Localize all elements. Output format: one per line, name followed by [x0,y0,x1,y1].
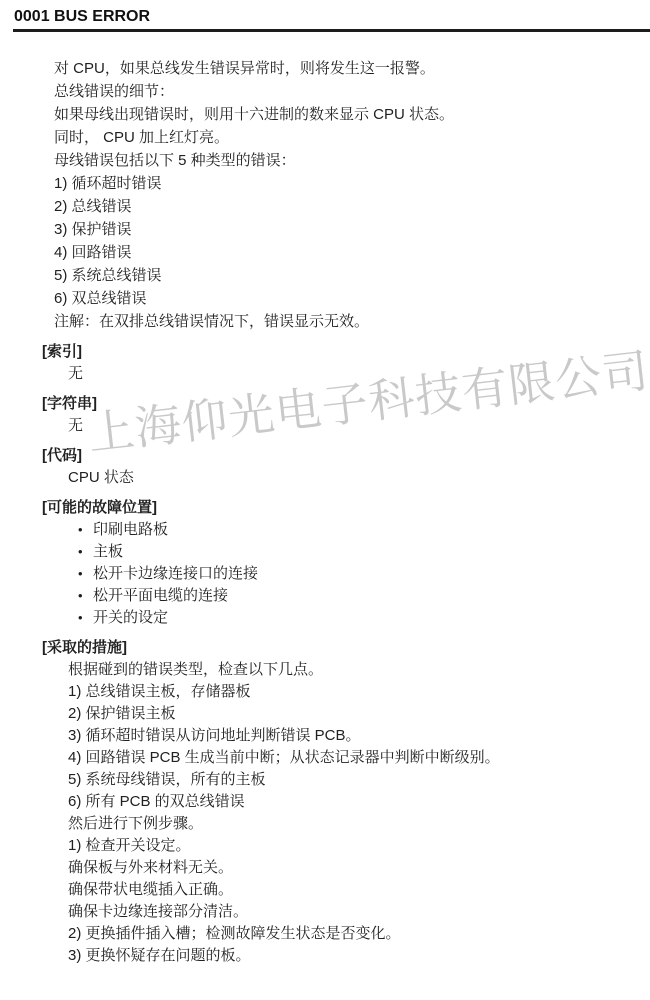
body-line: 2) 更换插件插入槽；检测故障发生状态是否变化。 [68,923,650,945]
body-line: 母线错误包括以下 5 种类型的错误： [54,149,650,172]
bullet-text: 松开卡边缘连接口的连接 [93,563,258,585]
bullet-icon: • [78,519,93,541]
document-body: 对 CPU，如果总线发生错误异常时，则将发生这一报警。 总线错误的细节： 如果母… [0,57,650,967]
body-line: CPU 状态 [68,467,650,489]
list-item: • 主板 [78,541,650,563]
page-title: 0001 BUS ERROR [14,8,650,26]
body-line: 3) 更换怀疑存在问题的板。 [68,945,650,967]
section-label-fault-locations: [可能的故障位置] [42,497,650,519]
body-line: 5) 系统母线错误，所有的主板 [68,769,650,791]
section-label-index: [索引] [42,341,650,363]
section-content-index: 无 [68,363,650,385]
body-line: 根据碰到的错误类型，检查以下几点。 [68,659,650,681]
page-header: 0001 BUS ERROR [0,0,650,26]
header-rule [13,29,650,32]
bullet-icon: • [78,541,93,563]
body-line: 然后进行下例步骤。 [68,813,650,835]
list-item: • 印刷电路板 [78,519,650,541]
body-line: 对 CPU，如果总线发生错误异常时，则将发生这一报警。 [54,57,650,80]
body-line: 4) 回路错误 [54,241,650,264]
body-line: 1) 总线错误主板，存储器板 [68,681,650,703]
list-item: • 松开卡边缘连接口的连接 [78,563,650,585]
bullet-text: 主板 [93,541,123,563]
body-line: 确保卡边缘连接部分清洁。 [68,901,650,923]
body-line: 1) 检查开关设定。 [68,835,650,857]
list-item: • 松开平面电缆的连接 [78,585,650,607]
body-line: 总线错误的细节： [54,80,650,103]
body-line: 无 [68,415,650,437]
list-item: • 开关的设定 [78,607,650,629]
bullet-icon: • [78,585,93,607]
body-line: 3) 保护错误 [54,218,650,241]
bullet-text: 开关的设定 [93,607,168,629]
bullet-text: 松开平面电缆的连接 [93,585,228,607]
body-line: 1) 循环超时错误 [54,172,650,195]
bullet-text: 印刷电路板 [93,519,168,541]
body-line: 同时， CPU 加上红灯亮。 [54,126,650,149]
section-content-string: 无 [68,415,650,437]
bullet-icon: • [78,607,93,629]
section-content-actions: 根据碰到的错误类型，检查以下几点。 1) 总线错误主板，存储器板 2) 保护错误… [68,659,650,967]
body-line: 5) 系统总线错误 [54,264,650,287]
body-line: 如果母线出现错误时，则用十六进制的数来显示 CPU 状态。 [54,103,650,126]
section-content-code: CPU 状态 [68,467,650,489]
body-line: 2) 总线错误 [54,195,650,218]
section-label-code: [代码] [42,445,650,467]
body-line: 注解：在双排总线错误情况下，错误显示无效。 [54,310,650,333]
body-line: 2) 保护错误主板 [68,703,650,725]
body-line: 无 [68,363,650,385]
bullet-icon: • [78,563,93,585]
section-label-string: [字符串] [42,393,650,415]
body-line: 确保带状电缆插入正确。 [68,879,650,901]
body-line: 6) 所有 PCB 的双总线错误 [68,791,650,813]
body-line: 3) 循环超时错误从访问地址判断错误 PCB。 [68,725,650,747]
body-line: 4) 回路错误 PCB 生成当前中断；从状态记录器中判断中断级别。 [68,747,650,769]
section-label-actions: [采取的措施] [42,637,650,659]
body-line: 确保板与外来材料无关。 [68,857,650,879]
body-line: 6) 双总线错误 [54,287,650,310]
document-page: 上海仰光电子科技有限公司 0001 BUS ERROR 对 CPU，如果总线发生… [0,0,650,1000]
fault-location-list: • 印刷电路板 • 主板 • 松开卡边缘连接口的连接 • 松开平面电缆的连接 • [78,519,650,629]
intro-block: 对 CPU，如果总线发生错误异常时，则将发生这一报警。 总线错误的细节： 如果母… [54,57,650,333]
